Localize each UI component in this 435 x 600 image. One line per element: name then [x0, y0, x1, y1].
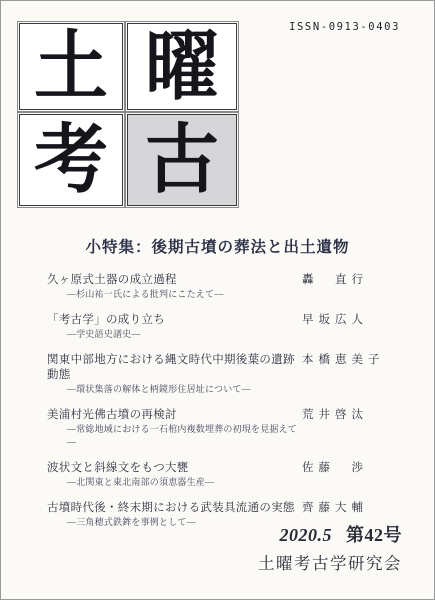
article-author: 佐藤 渉: [302, 461, 406, 476]
article-author: 荒井啓汰: [302, 408, 406, 423]
issue-date: 2020.5: [280, 525, 333, 545]
publisher-name: 土曜考古学研究会: [258, 550, 402, 574]
issue-number: 第42号: [346, 525, 402, 545]
journal-cover: ISSN-0913-0403 土 曜 考 古 小特集：後期古墳の葬法と出土遺物 …: [0, 0, 435, 600]
article-title: 波状文と斜線文をもつ大甕: [47, 461, 302, 476]
issn-number: ISSN-0913-0403: [289, 21, 400, 33]
article-text: 波状文と斜線文をもつ大甕 ―北関東と東北南部の須恵器生産―: [47, 461, 302, 489]
article-title: 古墳時代後・終末期における武装具流通の実態: [47, 501, 302, 516]
logo-char-ko2: 古: [145, 122, 219, 197]
feature-title: 小特集：後期古墳の葬法と出土遺物: [1, 235, 434, 257]
article-text: 美浦村光佛古墳の再検討 ―常総地域における一石棺内複数埋葬の初現を見据えて―: [47, 408, 302, 449]
imprint: 2020.5第42号 土曜考古学研究会: [258, 521, 402, 574]
logo-block-do: 土: [19, 23, 123, 110]
article-entry: 美浦村光佛古墳の再検討 ―常総地域における一石棺内複数埋葬の初現を見据えて― 荒…: [47, 408, 406, 449]
article-list: 久ヶ原式土器の成立過程 ―杉山祐一氏による批判にこたえて― 轟 直行 「考古学」…: [47, 273, 406, 541]
article-subtitle: ―北関東と東北南部の須恵器生産―: [47, 476, 302, 489]
article-author: 轟 直行: [302, 273, 406, 288]
article-entry: 「考古学」の成り立ち ―学史語史譜史― 早坂広人: [47, 313, 406, 341]
article-author: 齊藤大輔: [302, 501, 406, 516]
article-subtitle: ―学史語史譜史―: [47, 328, 302, 341]
article-subtitle: ―環状集落の解体と柄鏡形住居址について―: [47, 383, 302, 396]
article-title: 美浦村光佛古墳の再検討: [47, 408, 302, 423]
journal-logo: 土 曜 考 古: [19, 23, 237, 206]
logo-char-yo: 曜: [145, 29, 219, 104]
article-subtitle: ―常総地域における一石棺内複数埋葬の初現を見据えて―: [47, 423, 302, 449]
article-entry: 関東中部地方における縄文時代中期後葉の遺跡動態 ―環状集落の解体と柄鏡形住居址に…: [47, 353, 406, 396]
logo-block-yo: 曜: [127, 23, 237, 110]
article-entry: 波状文と斜線文をもつ大甕 ―北関東と東北南部の須恵器生産― 佐藤 渉: [47, 461, 406, 489]
article-title: 関東中部地方における縄文時代中期後葉の遺跡動態: [47, 353, 302, 383]
article-author: 本橋恵美子: [302, 353, 406, 368]
logo-block-ko2: 古: [127, 114, 237, 206]
article-title: 久ヶ原式土器の成立過程: [47, 273, 302, 288]
article-text: 久ヶ原式土器の成立過程 ―杉山祐一氏による批判にこたえて―: [47, 273, 302, 301]
article-entry: 久ヶ原式土器の成立過程 ―杉山祐一氏による批判にこたえて― 轟 直行: [47, 273, 406, 301]
article-text: 「考古学」の成り立ち ―学史語史譜史―: [47, 313, 302, 341]
issue-line: 2020.5第42号: [258, 521, 402, 547]
article-text: 関東中部地方における縄文時代中期後葉の遺跡動態 ―環状集落の解体と柄鏡形住居址に…: [47, 353, 302, 396]
article-subtitle: ―杉山祐一氏による批判にこたえて―: [47, 288, 302, 301]
article-title: 「考古学」の成り立ち: [47, 313, 302, 328]
logo-char-ko: 考: [34, 122, 108, 197]
logo-char-do: 土: [34, 29, 108, 104]
article-author: 早坂広人: [302, 313, 406, 328]
logo-block-ko: 考: [19, 114, 123, 206]
